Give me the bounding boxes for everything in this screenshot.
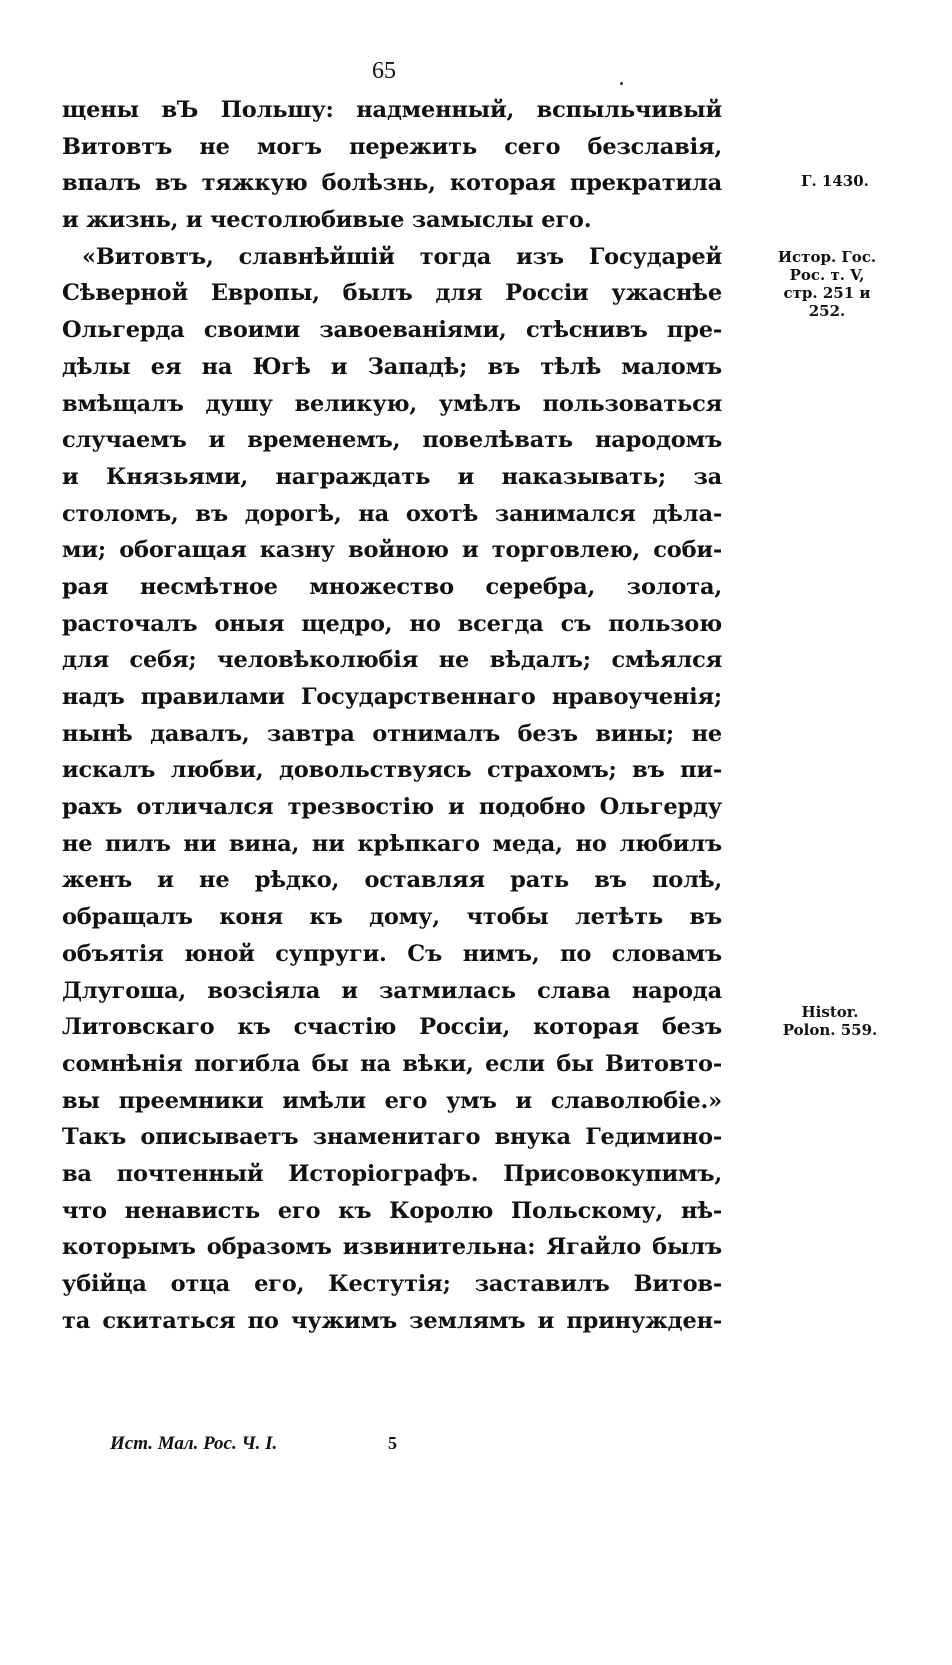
margin-note-line: Истор. Гос. — [752, 248, 902, 266]
margin-note-line: Рос. т. V, — [752, 266, 902, 284]
text-line: столомъ, въ дорогѣ, на охотѣ занимался д… — [62, 496, 722, 533]
text-line: щены вЪ Польшу: надменный, вспыльчивый — [62, 92, 722, 129]
text-line: рая несмѣтное множество серебра, золота, — [62, 569, 722, 606]
text-line: Литовскаго къ счастію Россіи, которая бе… — [62, 1009, 722, 1046]
text-line: не пилъ ни вина, ни крѣпкаго меда, но лю… — [62, 826, 722, 863]
margin-note-year: Г. 1430. — [770, 172, 900, 190]
body-text: щены вЪ Польшу: надменный, вспыльчивый В… — [62, 92, 722, 1339]
text-line: дѣлы ея на Югѣ и Западѣ; въ тѣлѣ маломъ — [62, 349, 722, 386]
text-line: ва почтенный Исторіографъ. Присовокупимъ… — [62, 1156, 722, 1193]
page-number: 65 — [372, 58, 396, 85]
text-line: ми; обогащая казну войною и торговлею, с… — [62, 532, 722, 569]
text-line: и жизнь, и честолюбивые замыслы его. — [62, 202, 722, 239]
margin-note-source-karamzin: Истор. Гос. Рос. т. V, стр. 251 и 252. — [752, 248, 902, 320]
text-line: впалъ въ тяжкую болѣзнь, которая прекрат… — [62, 165, 722, 202]
text-line: объятія юной супруги. Съ нимъ, по словам… — [62, 936, 722, 973]
margin-note-line: стр. 251 и — [752, 284, 902, 302]
text-line: для себя; человѣколюбія не вѣдалъ; смѣял… — [62, 642, 722, 679]
margin-note-line: Polon. 559. — [770, 1021, 890, 1039]
footer-signature: Ист. Мал. Рос. Ч. I. — [110, 1433, 277, 1455]
text-line: женъ и не рѣдко, оставляя рать въ полѣ, — [62, 862, 722, 899]
text-line: «Витовтъ, славнѣйшій тогда изъ Государей — [62, 239, 722, 276]
text-line: рахъ отличался трезвостію и подобно Ольг… — [62, 789, 722, 826]
text-line: сомнѣнія погибла бы на вѣки, если бы Вит… — [62, 1046, 722, 1083]
text-line: случаемъ и временемъ, повелѣвать народом… — [62, 422, 722, 459]
margin-note-line: Histor. — [770, 1003, 890, 1021]
text-line: Длугоша, возсіяла и затмилась слава наро… — [62, 973, 722, 1010]
text-line: искалъ любви, довольствуясь страхомъ; въ… — [62, 752, 722, 789]
text-line: Сѣверной Европы, былъ для Россіи ужаснѣе — [62, 275, 722, 312]
margin-note-source-dlugosz: Histor. Polon. 559. — [770, 1003, 890, 1039]
footer-sheet-number: 5 — [388, 1433, 397, 1454]
text-line: нынѣ давалъ, завтра отнималъ безъ вины; … — [62, 716, 722, 753]
text-line: вмѣщалъ душу великую, умѣлъ пользоваться — [62, 386, 722, 423]
text-line: вы преемники имѣли его умъ и славолюбіе.… — [62, 1083, 722, 1120]
margin-note-line: Г. 1430. — [770, 172, 900, 190]
text-line: надъ правилами Государственнаго нравоуче… — [62, 679, 722, 716]
text-line: которымъ образомъ извинительна: Ягайло б… — [62, 1229, 722, 1266]
margin-note-line: 252. — [752, 302, 902, 320]
text-line: Витовтъ не могъ пережить сего безславія, — [62, 129, 722, 166]
text-line: Такъ описываетъ знаменитаго внука Гедими… — [62, 1119, 722, 1156]
text-line: убійца отца его, Кестутія; заставилъ Вит… — [62, 1266, 722, 1303]
text-line: Ольгерда своими завоеваніями, стѣснивъ п… — [62, 312, 722, 349]
text-line: расточалъ оныя щедро, но всегда съ польз… — [62, 606, 722, 643]
text-line: та скитаться по чужимъ землямъ и принужд… — [62, 1303, 722, 1340]
print-speck — [620, 82, 623, 85]
text-line: обращалъ коня къ дому, чтобы летѣть въ — [62, 899, 722, 936]
text-line: что ненависть его къ Королю Польскому, н… — [62, 1193, 722, 1230]
text-line: и Князьями, награждать и наказывать; за — [62, 459, 722, 496]
